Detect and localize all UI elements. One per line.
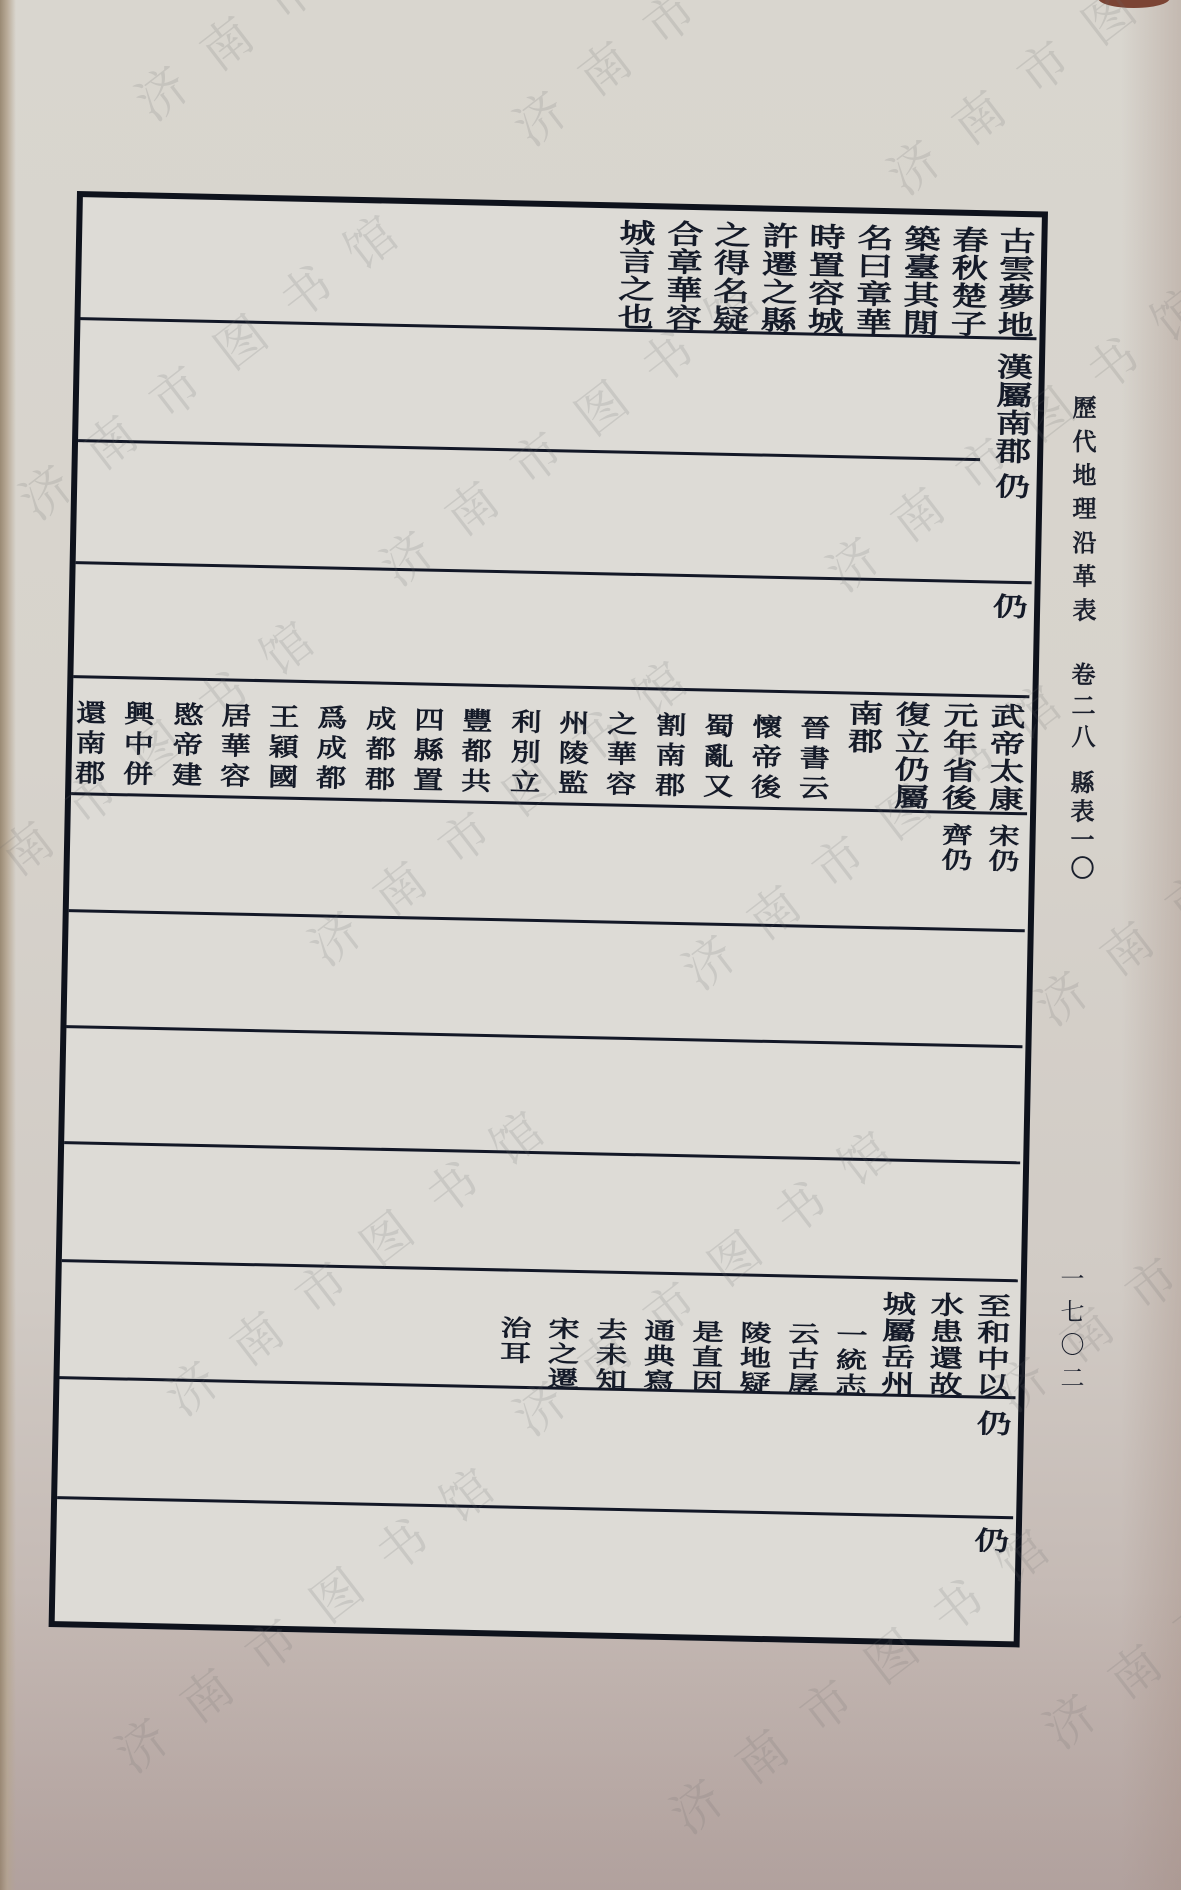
row-columns: 宋仍 齊仍 (930, 812, 1026, 874)
row-columns: 古雲夢地 春秋楚子 築臺其閒 名曰章華 時置容城 許遷之縣 之得名疑 合章華容 … (608, 202, 1038, 339)
row-columns: 仍 (966, 1397, 1014, 1437)
table-row: 武帝太康 元年省後 復立仍屬 南郡 晉書云 懷帝後 蜀亂又 割南郡 之華容 州陵… (65, 677, 1038, 814)
running-title-section: 縣表一〇 (1067, 770, 1093, 884)
table-row: 仍 (70, 441, 1043, 583)
running-title-book: 歷代地理沿革表 (1069, 395, 1095, 631)
note-column: 還南郡 (58, 699, 118, 790)
text-column: 漢屬南郡 (977, 352, 1042, 465)
table-row: 宋仍 齊仍 (63, 794, 1036, 931)
table-row-empty (60, 911, 1033, 1047)
running-title-volume: 卷二八 (1068, 662, 1094, 755)
table-row: 仍 (51, 1378, 1024, 1518)
page-number: 一七〇二 (1057, 1266, 1083, 1398)
note-column: 治耳 (480, 1315, 546, 1366)
table-row: 仍 (67, 563, 1040, 697)
text-column: 仍 (956, 1526, 1020, 1554)
row-columns: 仍 (982, 582, 1030, 620)
row-columns: 仍 (964, 1517, 1012, 1554)
table-row-empty (56, 1143, 1029, 1281)
table-row: 仍 (49, 1498, 1023, 1647)
text-column: 仍 (977, 472, 1041, 500)
text-column: 城言之也 (600, 218, 665, 331)
table-row: 至和中以 水患還故 城屬岳州 一統志 云古孱 陵地疑 是直因 通典寫 去未知 宋… (53, 1261, 1026, 1398)
table-row: 古雲夢地 春秋楚子 築臺其閒 名曰章華 時置容城 許遷之縣 之得名疑 合章華容 … (74, 191, 1048, 339)
table-sheet: 古雲夢地 春秋楚子 築臺其閒 名曰章華 時置容城 許遷之縣 之得名疑 合章華容 … (49, 191, 1048, 1647)
text-column: 仍 (974, 592, 1038, 620)
watermark-text: 济南市图书馆 (118, 0, 552, 135)
table-row: 漢屬南郡 (72, 319, 1045, 461)
text-column: 齊仍 (922, 822, 986, 873)
row-columns: 仍 (985, 460, 1033, 500)
row-columns: 漢屬南郡 (985, 338, 1035, 465)
row-columns: 武帝太康 元年省後 復立仍屬 南郡 晉書云 懷帝後 蜀亂又 割南郡 之華容 州陵… (63, 677, 1028, 813)
row-columns: 至和中以 水患還故 城屬岳州 一統志 云古孱 陵地疑 是直因 通典寫 去未知 宋… (488, 1270, 1017, 1401)
watermark-text: 济南市图书馆 (496, 0, 930, 160)
text-column: 仍 (958, 1409, 1022, 1437)
table-row-empty (58, 1027, 1031, 1163)
